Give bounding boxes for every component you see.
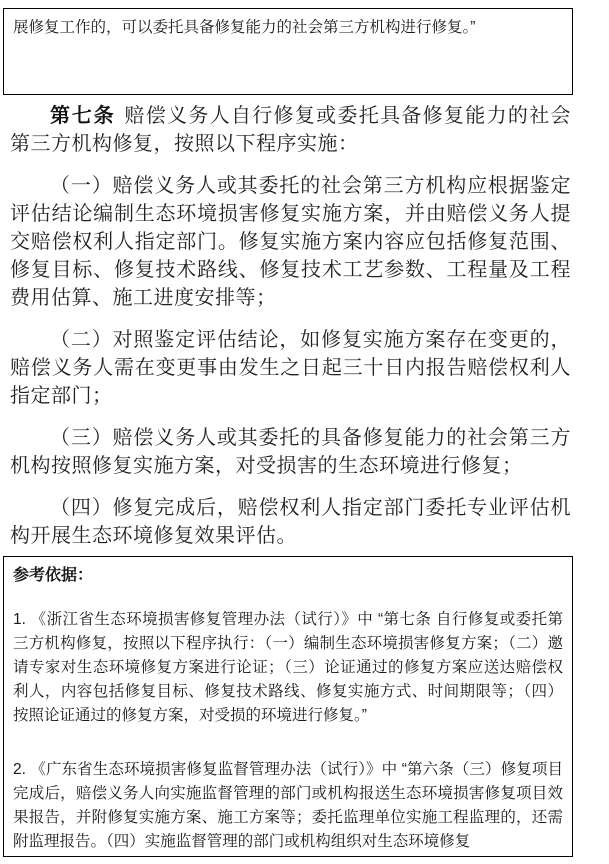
- article-number: 第七条: [50, 105, 115, 127]
- document-page: { "top_quote_box": { "text": "展修复工作的，可以委…: [0, 0, 609, 864]
- top-quote-text: 展修复工作的，可以委托具备修复能力的社会第三方机构进行修复。”: [13, 16, 563, 40]
- article-item-2: （二）对照鉴定评估结论，如修复实施方案存在变更的，赔偿义务人需在变更事由发生之日…: [10, 326, 571, 410]
- article-body: 第七条赔偿义务人自行修复或委托具备修复能力的社会第三方机构修复，按照以下程序实施…: [10, 96, 571, 564]
- reference-item-2: 2. 《广东省生态环境损害修复监督管理办法（试行）》中 “第六条（三）修复项目完…: [13, 758, 563, 854]
- reference-box-title: 参考依据：: [13, 564, 563, 588]
- article-intro-paragraph: 第七条赔偿义务人自行修复或委托具备修复能力的社会第三方机构修复，按照以下程序实施…: [10, 102, 571, 158]
- reference-box: 参考依据： 1. 《浙江省生态环境损害修复管理办法（试行）》中 “第七条 自行修…: [3, 556, 573, 857]
- article-item-3: （三）赔偿义务人或其委托的具备修复能力的社会第三方机构按照修复实施方案，对受损害…: [10, 424, 571, 480]
- reference-item-1: 1. 《浙江省生态环境损害修复管理办法（试行）》中 “第七条 自行修复或委托第三…: [13, 608, 563, 728]
- article-item-1: （一）赔偿义务人或其委托的社会第三方机构应根据鉴定评估结论编制生态环境损害修复实…: [10, 172, 571, 312]
- article-item-4: （四）修复完成后，赔偿权利人指定部门委托专业评估机构开展生态环境修复效果评估。: [10, 494, 571, 550]
- top-quote-box: 展修复工作的，可以委托具备修复能力的社会第三方机构进行修复。”: [3, 8, 573, 95]
